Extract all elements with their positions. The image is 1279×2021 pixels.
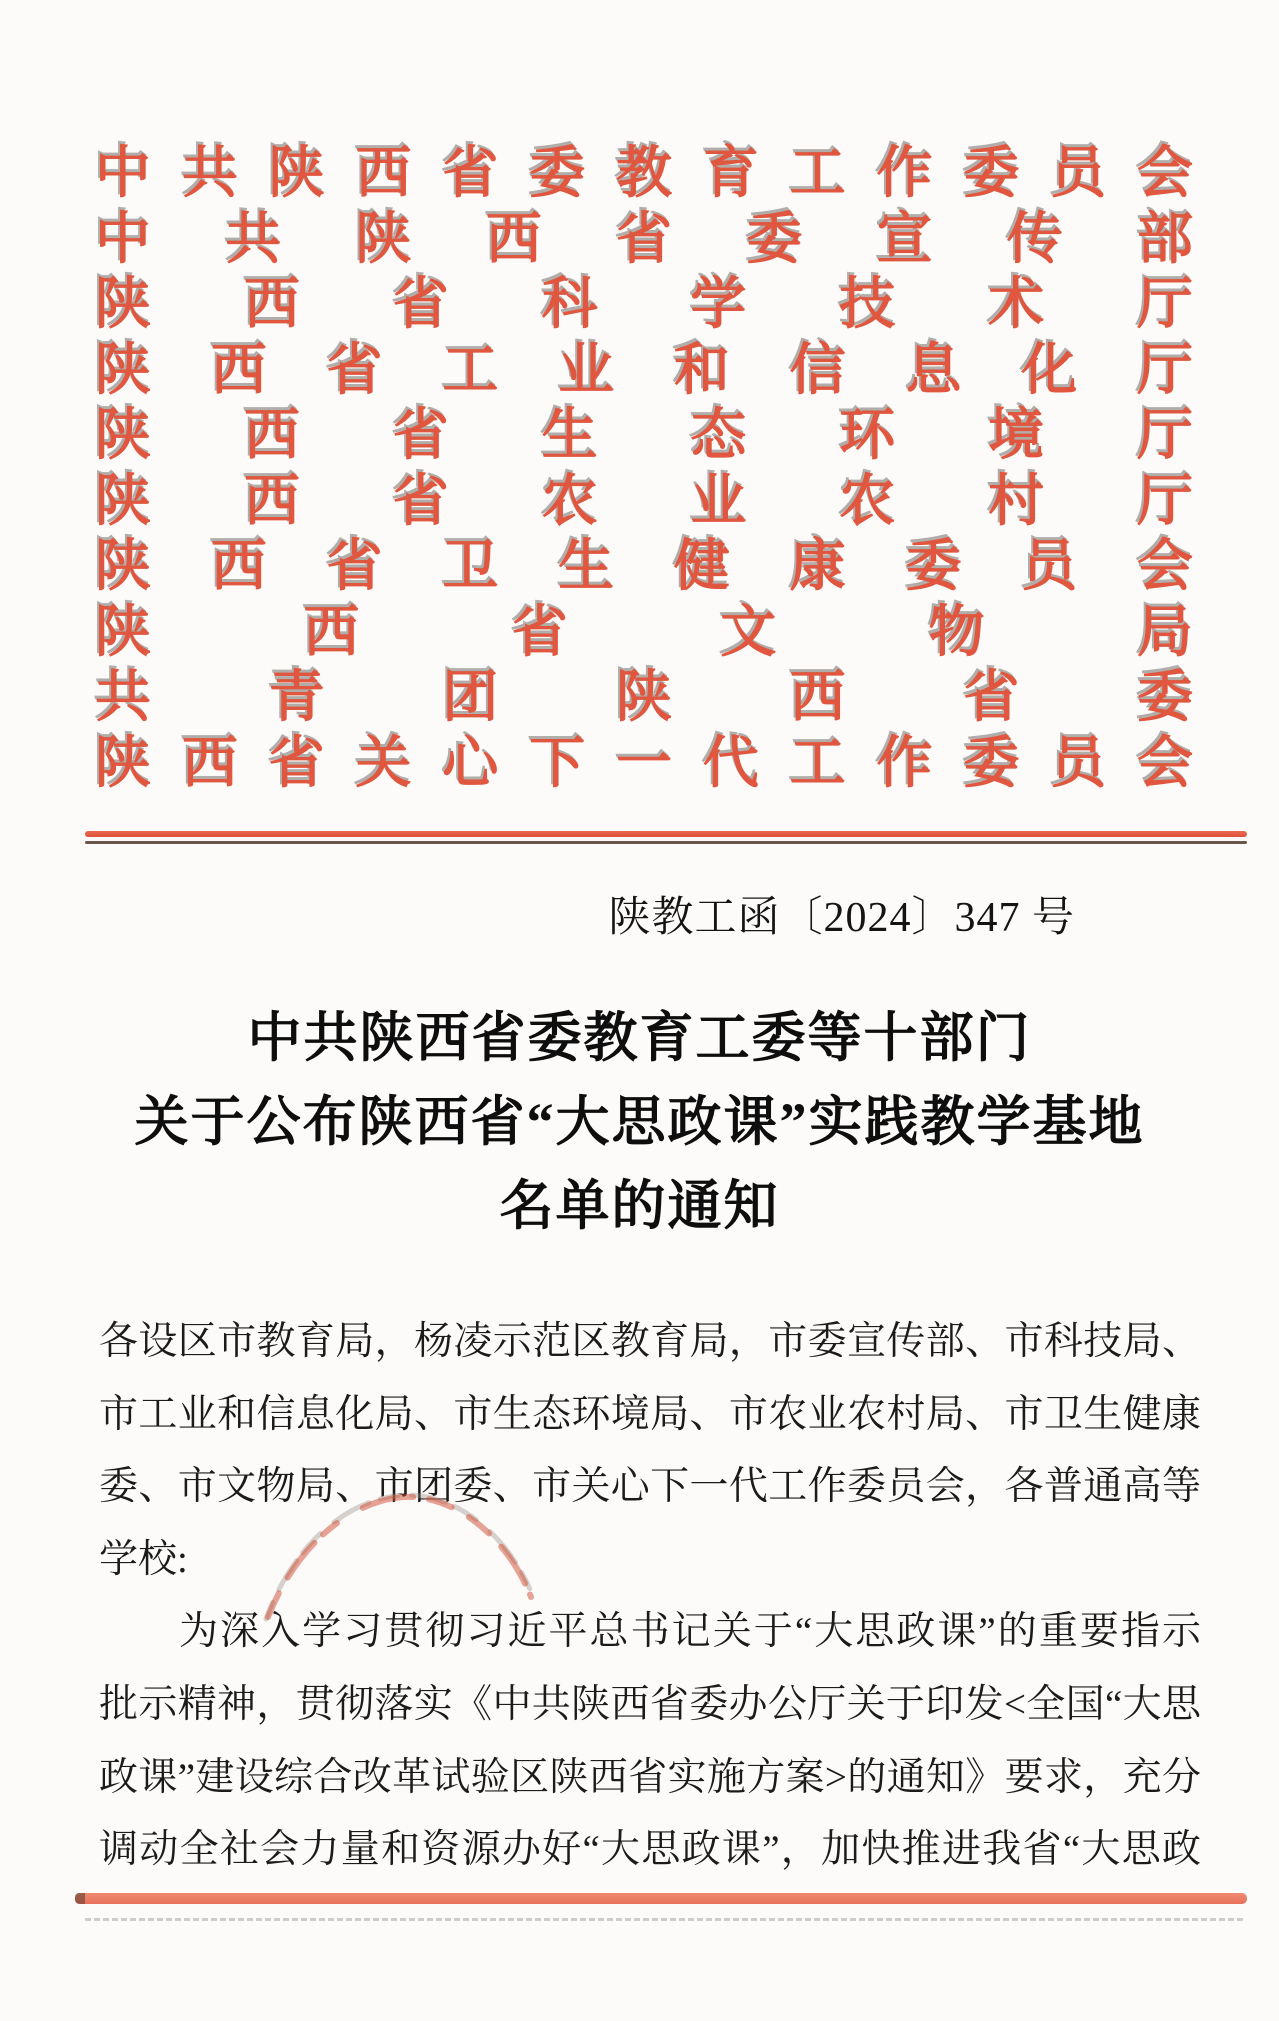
letterhead-line-4: 陕西省工业和信息化厅	[95, 339, 1193, 405]
addressees-line-4: 学校:	[99, 1524, 1201, 1597]
paragraph-line-2: 批示精神，贯彻落实《中共陕西省委办公厅关于印发<全国“大思	[99, 1669, 1201, 1742]
paragraph-line-4: 调动全社会力量和资源办好“大思政课”，加快推进我省“大思政	[99, 1814, 1201, 1887]
document-page: 中共陕西省委教育工作委员会 中共陕西省委宣传部 陕西省科学技术厅 陕西省工业和信…	[0, 0, 1279, 2021]
header-separator-dark-rule	[85, 841, 1247, 844]
letterhead-line-2: 中共陕西省委宣传部	[95, 208, 1193, 274]
title-line-2: 关于公布陕西省“大思政课”实践教学基地	[40, 1080, 1239, 1164]
letterhead-line-10: 陕西省关心下一代工作委员会	[95, 732, 1193, 798]
notice-body: 各设区市教育局，杨凌示范区教育局，市委宣传部、市科技局、 市工业和信息化局、市生…	[99, 1306, 1201, 1887]
paragraph-line-3: 政课”建设综合改革试验区陕西省实施方案>的通知》要求，充分	[99, 1742, 1201, 1815]
addressees-line-1: 各设区市教育局，杨凌示范区教育局，市委宣传部、市科技局、	[99, 1306, 1201, 1379]
header-separator-red-rule	[85, 831, 1247, 837]
letterhead-line-6: 陕西省农业农村厅	[95, 470, 1193, 536]
notice-title: 中共陕西省委教育工委等十部门 关于公布陕西省“大思政课”实践教学基地 名单的通知	[40, 996, 1239, 1248]
letterhead: 中共陕西省委教育工作委员会 中共陕西省委宣传部 陕西省科学技术厅 陕西省工业和信…	[95, 142, 1193, 797]
document-number: 陕教工函〔2024〕347 号	[0, 894, 1279, 942]
letterhead-line-3: 陕西省科学技术厅	[95, 273, 1193, 339]
addressees-line-3: 委、市文物局、市团委、市关心下一代工作委员会，各普通高等	[99, 1451, 1201, 1524]
footer-red-rule	[75, 1893, 1247, 1904]
letterhead-line-1: 中共陕西省委教育工作委员会	[95, 142, 1193, 208]
letterhead-line-5: 陕西省生态环境厅	[95, 404, 1193, 470]
letterhead-line-9: 共青团陕西省委	[95, 666, 1193, 732]
title-line-1: 中共陕西省委教育工委等十部门	[40, 996, 1239, 1080]
title-line-3: 名单的通知	[40, 1164, 1239, 1248]
addressees-line-2: 市工业和信息化局、市生态环境局、市农业农村局、市卫生健康	[99, 1379, 1201, 1452]
letterhead-line-7: 陕西省卫生健康委员会	[95, 535, 1193, 601]
footer-rule-left-cap	[75, 1893, 85, 1904]
letterhead-line-8: 陕西省文物局	[95, 601, 1193, 667]
footer-thin-rule	[85, 1918, 1243, 1921]
paragraph-line-1: 为深入学习贯彻习近平总书记关于“大思政课”的重要指示	[99, 1596, 1201, 1669]
